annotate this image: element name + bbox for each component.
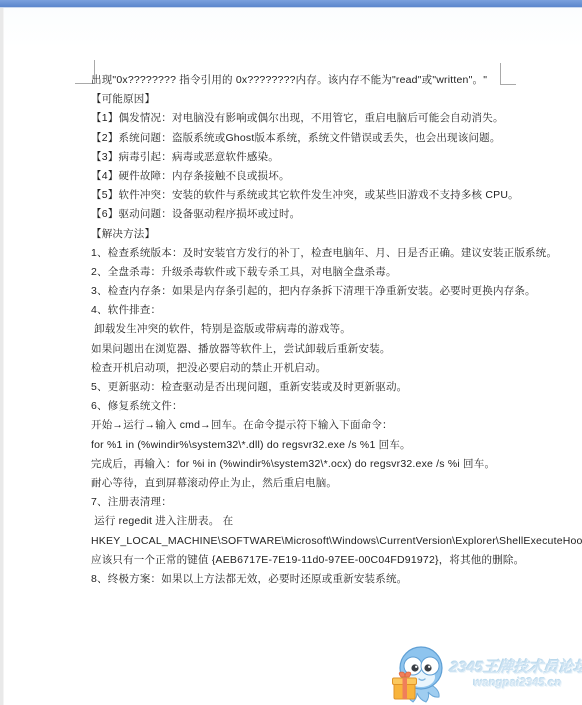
doc-line: 【6】驱动问题：设备驱动程序损坏或过时。 [91,205,581,224]
doc-line: HKEY_LOCAL_MACHINE\SOFTWARE\Microsoft\Wi… [91,532,581,551]
watermark-title: 2345王牌技术员论坛 [449,659,582,676]
doc-line: 【1】偶发情况：对电脑没有影响或偶尔出现，不用管它，重启电脑后可能会自动消失。 [91,109,581,128]
document-text[interactable]: 出现"0x???????? 指令引用的 0x????????内存。该内存不能为"… [91,71,581,589]
watermark-url: wangpai2345.cn [472,676,562,690]
forum-watermark: 2345王牌技术员论坛 wangpai2345.cn [391,644,579,704]
document-viewer: 出现"0x???????? 指令引用的 0x????????内存。该内存不能为"… [0,0,582,705]
doc-line: 7、注册表清理： [91,493,581,512]
doc-line: 4、软件排查： [91,301,581,320]
doc-line: 出现"0x???????? 指令引用的 0x????????内存。该内存不能为"… [91,71,581,90]
doc-line: 【2】系统问题：盗版系统或Ghost版本系统，系统文件错误或丢失，也会出现该问题… [91,129,581,148]
doc-line: 【5】软件冲突：安装的软件与系统或其它软件发生冲突，或某些旧游戏不支持多核 CP… [91,186,581,205]
doc-line: 【解决方法】 [91,225,581,244]
doc-line: 8、终极方案：如果以上方法都无效，必要时还原或重新安装系统。 [91,570,581,589]
doc-line: 完成后，再输入：for %i in (%windir%\system32\*.o… [91,455,581,474]
octopus-gift-mascot-icon [391,644,447,704]
doc-line: 耐心等待，直到屏幕滚动停止为止，然后重启电脑。 [91,474,581,493]
doc-line: 应该只有一个正常的键值 {AEB6717E-7E19-11d0-97EE-00C… [91,551,581,570]
doc-line: 运行 regedit 进入注册表。 在 [91,512,581,531]
doc-line: 卸载发生冲突的软件，特别是盗版或带病毒的游戏等。 [91,320,581,339]
watermark-text: 2345王牌技术员论坛 wangpai2345.cn [447,659,582,690]
doc-line: for %1 in (%windir%\system32\*.dll) do r… [91,436,581,455]
doc-line: 6、修复系统文件： [91,397,581,416]
doc-line: 1、检查系统版本：及时安装官方发行的补丁，检查电脑年、月、日是否正确。建议安装正… [91,244,581,263]
doc-line: 2、全盘杀毒：升级杀毒软件或下载专杀工具，对电脑全盘杀毒。 [91,263,581,282]
doc-line: 开始→运行→输入 cmd→回车。在命令提示符下输入下面命令： [91,416,581,435]
doc-line: 【4】硬件故障：内存条接触不良或损坏。 [91,167,581,186]
window-top-bar [0,0,582,8]
doc-line: 【3】病毒引起：病毒或恶意软件感染。 [91,148,581,167]
doc-line: 3、检查内存条：如果是内存条引起的，把内存条拆下清理干净重新安装。必要时更换内存… [91,282,581,301]
doc-line: 检查开机启动项，把没必要启动的禁止开机启动。 [91,359,581,378]
doc-line: 如果问题出在浏览器、播放器等软件上，尝试卸载后重新安装。 [91,340,581,359]
document-page[interactable]: 出现"0x???????? 指令引用的 0x????????内存。该内存不能为"… [4,8,582,705]
doc-line: 5、更新驱动：检查驱动是否出现问题，重新安装或及时更新驱动。 [91,378,581,397]
doc-line: 【可能原因】 [91,90,581,109]
